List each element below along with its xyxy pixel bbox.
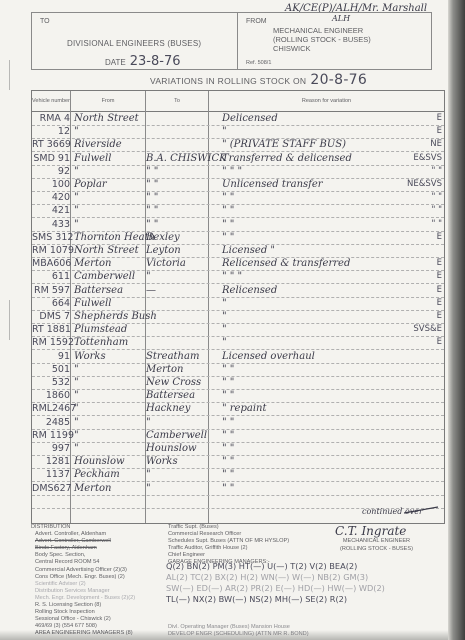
from-cell: Battersea xyxy=(74,284,154,297)
code-cell: E xyxy=(362,284,442,297)
from-cell: " xyxy=(74,442,154,455)
table-row: 1281HounslowWorks" " xyxy=(32,455,444,469)
vehicle-number-cell: 420 xyxy=(32,191,70,204)
vehicle-number-cell: SMS 312 xyxy=(32,231,70,244)
distribution-item: Scientific Adviser (2) xyxy=(31,581,135,588)
from-cell: " xyxy=(74,165,154,178)
code-cell: E xyxy=(362,112,442,125)
distribution-item: Sessional Office - Chiswick (2) xyxy=(31,616,135,623)
table-row: 1860"Battersea" " xyxy=(32,389,444,403)
to-label: TO xyxy=(40,18,50,25)
table-row: RMA 4North StreetDelicensedE xyxy=(32,112,444,126)
scan-shadow xyxy=(0,630,448,640)
distribution-item: Schedules Supt. Buses (ATTN OF MR HYSLOP… xyxy=(168,538,289,545)
table-row: RT 3669Riverside" (PRIVATE STAFF BUS)NE xyxy=(32,138,444,152)
vehicle-number-cell: 100 xyxy=(32,178,70,191)
table-row: MBA606MertonVictoriaRelicensed & transfe… xyxy=(32,257,444,271)
vehicle-number-cell: RM 1592 xyxy=(32,336,70,349)
code-cell: SVS&E xyxy=(362,323,442,336)
from-cell: " xyxy=(74,363,154,376)
issue-date: DATE23-8-76 xyxy=(105,54,181,69)
code-cell: E xyxy=(362,297,442,310)
code-cell xyxy=(362,482,442,495)
distribution-list: DISTRIBUTION Advert. Controller, Aldenha… xyxy=(31,524,135,638)
vehicle-number-cell: 92 xyxy=(32,165,70,178)
from-cell: " xyxy=(74,429,154,442)
garage-code-line: SW(—) ED(—) AR(2) PR(2) E(—) HD(—) HW(—)… xyxy=(166,583,385,594)
reference-number: Ref. 508/1 xyxy=(246,60,271,66)
code-cell xyxy=(362,442,442,455)
table-row: RT 1881Plumstead"SVS&E xyxy=(32,323,444,337)
table-row: RML2467"Hackney" repaint xyxy=(32,402,444,416)
from-cell: " xyxy=(74,218,154,231)
column-header-to: To xyxy=(146,91,208,111)
vehicle-number-cell: MBA606 xyxy=(32,257,70,270)
table-row: 92"" "" " "" " xyxy=(32,165,444,179)
vehicle-number-cell: 433 xyxy=(32,218,70,231)
vehicle-number-cell: 1137 xyxy=(32,468,70,481)
garage-code-line: AL(2) TC(2) BX(2) H(2) WN(—) W(—) NB(2) … xyxy=(166,572,385,583)
vehicle-number-cell: RT 3669 xyxy=(32,138,70,151)
distribution-item: Mech. Engr. Development - Buses (2)(2) xyxy=(31,595,135,602)
from-cell: Merton xyxy=(74,257,154,270)
garage-code-line: Q(2) BN(2) PM(3) HT(—) U(—) T(2) V(2) BE… xyxy=(166,561,385,572)
signature-title-line: MECHANICAL ENGINEER xyxy=(340,537,413,545)
signature: C.T. Ingrate xyxy=(335,524,406,538)
code-cell xyxy=(362,363,442,376)
from-cell: Poplar xyxy=(74,178,154,191)
date-label: DATE xyxy=(105,58,126,67)
header-box: TO DIVISIONAL ENGINEERS (BUSES) DATE23-8… xyxy=(31,12,432,70)
header-divider xyxy=(237,13,238,69)
vehicle-number-cell: 1281 xyxy=(32,455,70,468)
distribution-item: Traffic Supt. (Buses) xyxy=(168,524,289,531)
table-row: 1137Peckham"" " xyxy=(32,468,444,482)
vehicle-number-cell: RM 1079 xyxy=(32,244,70,257)
garage-codes: Q(2) BN(2) PM(3) HT(—) U(—) T(2) V(2) BE… xyxy=(166,561,385,605)
code-cell xyxy=(362,429,442,442)
distribution-item: Body Spec. Section, xyxy=(31,552,135,559)
from-cell: Merton xyxy=(74,482,154,495)
title-label: VARIATIONS IN ROLLING STOCK ON xyxy=(150,76,306,86)
from-cell: North Street xyxy=(74,244,154,257)
vehicle-number-cell: 501 xyxy=(32,363,70,376)
form-page: AK/CE(P)/ALH/Mr. Marshall ALH TO DIVISIO… xyxy=(0,0,448,640)
column-header-reason: Reason for variation xyxy=(209,91,444,111)
code-cell xyxy=(362,468,442,481)
distribution-item: Commercial Advertising Officer (2)(3) xyxy=(31,567,135,574)
from-cell: Fulwell xyxy=(74,297,154,310)
code-cell: NE xyxy=(362,138,442,151)
table-row: 611Camberwell"" " "E xyxy=(32,270,444,284)
column-header-vehicle: Vehicle number xyxy=(32,91,70,111)
punch-mark xyxy=(9,300,10,340)
vehicle-number-cell: 421 xyxy=(32,204,70,217)
from-cell: Tottenham xyxy=(74,336,154,349)
page-edge xyxy=(448,0,465,640)
vehicle-number-cell: 1860 xyxy=(32,389,70,402)
table-row: RM 1592Tottenham"E xyxy=(32,336,444,350)
code-cell: E xyxy=(362,257,442,270)
table-row: 532"New Cross" " xyxy=(32,376,444,390)
code-cell xyxy=(362,376,442,389)
table-row: 2485""" " xyxy=(32,416,444,430)
table-row: 100Poplar" "Unlicensed transferNE&SVS xyxy=(32,178,444,192)
from-cell: Camberwell xyxy=(74,270,154,283)
page-title: VARIATIONS IN ROLLING STOCK ON20-8-76 xyxy=(150,72,367,88)
from-cell: Hounslow xyxy=(74,455,154,468)
punch-mark xyxy=(9,60,10,90)
from-cell xyxy=(74,495,154,508)
table-row: 12""E xyxy=(32,125,444,139)
signature-title-line: (ROLLING STOCK - BUSES) xyxy=(340,545,413,553)
code-cell: NE&SVS xyxy=(362,178,442,191)
from-cell: Riverside xyxy=(74,138,154,151)
table-row: DMS627Merton"" " xyxy=(32,482,444,496)
code-cell xyxy=(362,350,442,363)
vehicle-number-cell: 91 xyxy=(32,350,70,363)
from-line: MECHANICAL ENGINEER xyxy=(273,26,371,35)
from-cell: Shepherds Bush xyxy=(74,310,154,323)
from-cell: " xyxy=(74,204,154,217)
code-cell xyxy=(362,244,442,257)
code-cell: E xyxy=(362,125,442,138)
code-cell: E xyxy=(362,336,442,349)
code-cell: E xyxy=(362,231,442,244)
table-row: RM 1199"Camberwell" " xyxy=(32,429,444,443)
from-cell: Works xyxy=(74,350,154,363)
table-row: 433"" "" "" " xyxy=(32,218,444,232)
column-header-from: From xyxy=(71,91,145,111)
garage-code-line: TL(—) NX(2) BW(—) NS(2) MH(—) SE(2) R(2) xyxy=(166,594,385,605)
from-line: CHISWICK xyxy=(273,44,371,53)
vehicle-number-cell: RM 1199 xyxy=(32,429,70,442)
code-cell xyxy=(362,389,442,402)
distribution-item: R. S. Licensing Section (8) xyxy=(31,602,135,609)
vehicle-number-cell: RM 597 xyxy=(32,284,70,297)
from-cell: " xyxy=(74,402,154,415)
underline-stroke-icon xyxy=(404,505,440,515)
from-sender: MECHANICAL ENGINEER (ROLLING STOCK - BUS… xyxy=(273,26,371,53)
from-cell: Fulwell xyxy=(74,152,154,165)
from-cell: North Street xyxy=(74,112,154,125)
vehicle-number-cell: DMS 7 xyxy=(32,310,70,323)
vehicle-number-cell xyxy=(32,495,70,508)
from-cell: Peckham xyxy=(74,468,154,481)
vehicle-number-cell: 997 xyxy=(32,442,70,455)
vehicle-number-cell: 532 xyxy=(32,376,70,389)
table-row: 420"" "" "" " xyxy=(32,191,444,205)
table-row: RM 1079North StreetLeytonLicensed " xyxy=(32,244,444,258)
code-cell: " " xyxy=(362,204,442,217)
distribution-item: Advert. Controller, Camberwell xyxy=(31,538,135,545)
table-header: Vehicle number From To Reason for variat… xyxy=(32,91,444,112)
code-cell xyxy=(362,455,442,468)
table-row: 91WorksStreathamLicensed overhaul xyxy=(32,350,444,364)
code-cell xyxy=(362,416,442,429)
title-date: 20-8-76 xyxy=(310,72,367,88)
distribution-item: Cons Office (Mech. Engr. Buses) (2) xyxy=(31,574,135,581)
table-row: 421"" "" "" " xyxy=(32,204,444,218)
table-row: 501"Merton" " xyxy=(32,363,444,377)
code-cell: " " xyxy=(362,165,442,178)
distribution-left: Advert. Controller, AldenhamAdvert. Cont… xyxy=(31,531,135,637)
from-cell: " xyxy=(74,416,154,429)
code-cell xyxy=(362,402,442,415)
variations-table: Vehicle number From To Reason for variat… xyxy=(31,90,445,524)
distribution-item: Commercial Research Officer xyxy=(168,531,289,538)
signature-title: MECHANICAL ENGINEER (ROLLING STOCK - BUS… xyxy=(340,537,413,553)
vehicle-number-cell: 664 xyxy=(32,297,70,310)
vehicle-number-cell: SMD 91 xyxy=(32,152,70,165)
vehicle-number-cell: 2485 xyxy=(32,416,70,429)
from-line: (ROLLING STOCK - BUSES) xyxy=(273,35,371,44)
from-cell: Plumstead xyxy=(74,323,154,336)
from-cell: Thornton Heath xyxy=(74,231,154,244)
distribution-heading: DISTRIBUTION xyxy=(31,524,135,531)
distribution-item: Binds Factory, Aldenham xyxy=(31,545,135,552)
distribution-item: Traffic Auditor, Griffith House (2) xyxy=(168,545,289,552)
distribution-item: Central Record ROOM 54 xyxy=(31,559,135,566)
from-label: FROM xyxy=(246,18,267,25)
distribution-item: Advert. Controller, Aldenham xyxy=(31,531,135,538)
table-row: RM 597Battersea—RelicensedE xyxy=(32,284,444,298)
table-row: SMD 91FulwellB.A. CHISWICKTransferred & … xyxy=(32,152,444,166)
table-row: DMS 7Shepherds Bush"E xyxy=(32,310,444,324)
code-cell: E xyxy=(362,270,442,283)
code-cell: E xyxy=(362,310,442,323)
table-row: 997"Hounslow" " xyxy=(32,442,444,456)
vehicle-number-cell: DMS627 xyxy=(32,482,70,495)
vehicle-number-cell: 611 xyxy=(32,270,70,283)
vehicle-number-cell: 12 xyxy=(32,125,70,138)
table-row: 664Fulwell"E xyxy=(32,297,444,311)
from-cell: " xyxy=(74,191,154,204)
from-cell: " xyxy=(74,389,154,402)
distribution-item: Chief Engineer xyxy=(168,552,289,559)
from-cell: " xyxy=(74,125,154,138)
vehicle-number-cell: RT 1881 xyxy=(32,323,70,336)
distribution-item: Rolling Stock Inspection xyxy=(31,609,135,616)
vehicle-number-cell: RMA 4 xyxy=(32,112,70,125)
code-cell: E&SVS xyxy=(362,152,442,165)
date-value: 23-8-76 xyxy=(130,54,181,69)
code-cell: " " xyxy=(362,191,442,204)
to-recipient: DIVISIONAL ENGINEERS (BUSES) xyxy=(67,39,201,48)
from-cell: " xyxy=(74,376,154,389)
code-cell: " " xyxy=(362,218,442,231)
vehicle-number-cell: RML2467 xyxy=(32,402,70,415)
distribution-item: Distribution Services Manager xyxy=(31,588,135,595)
table-row: SMS 312Thornton HeathBexley" "E xyxy=(32,231,444,245)
